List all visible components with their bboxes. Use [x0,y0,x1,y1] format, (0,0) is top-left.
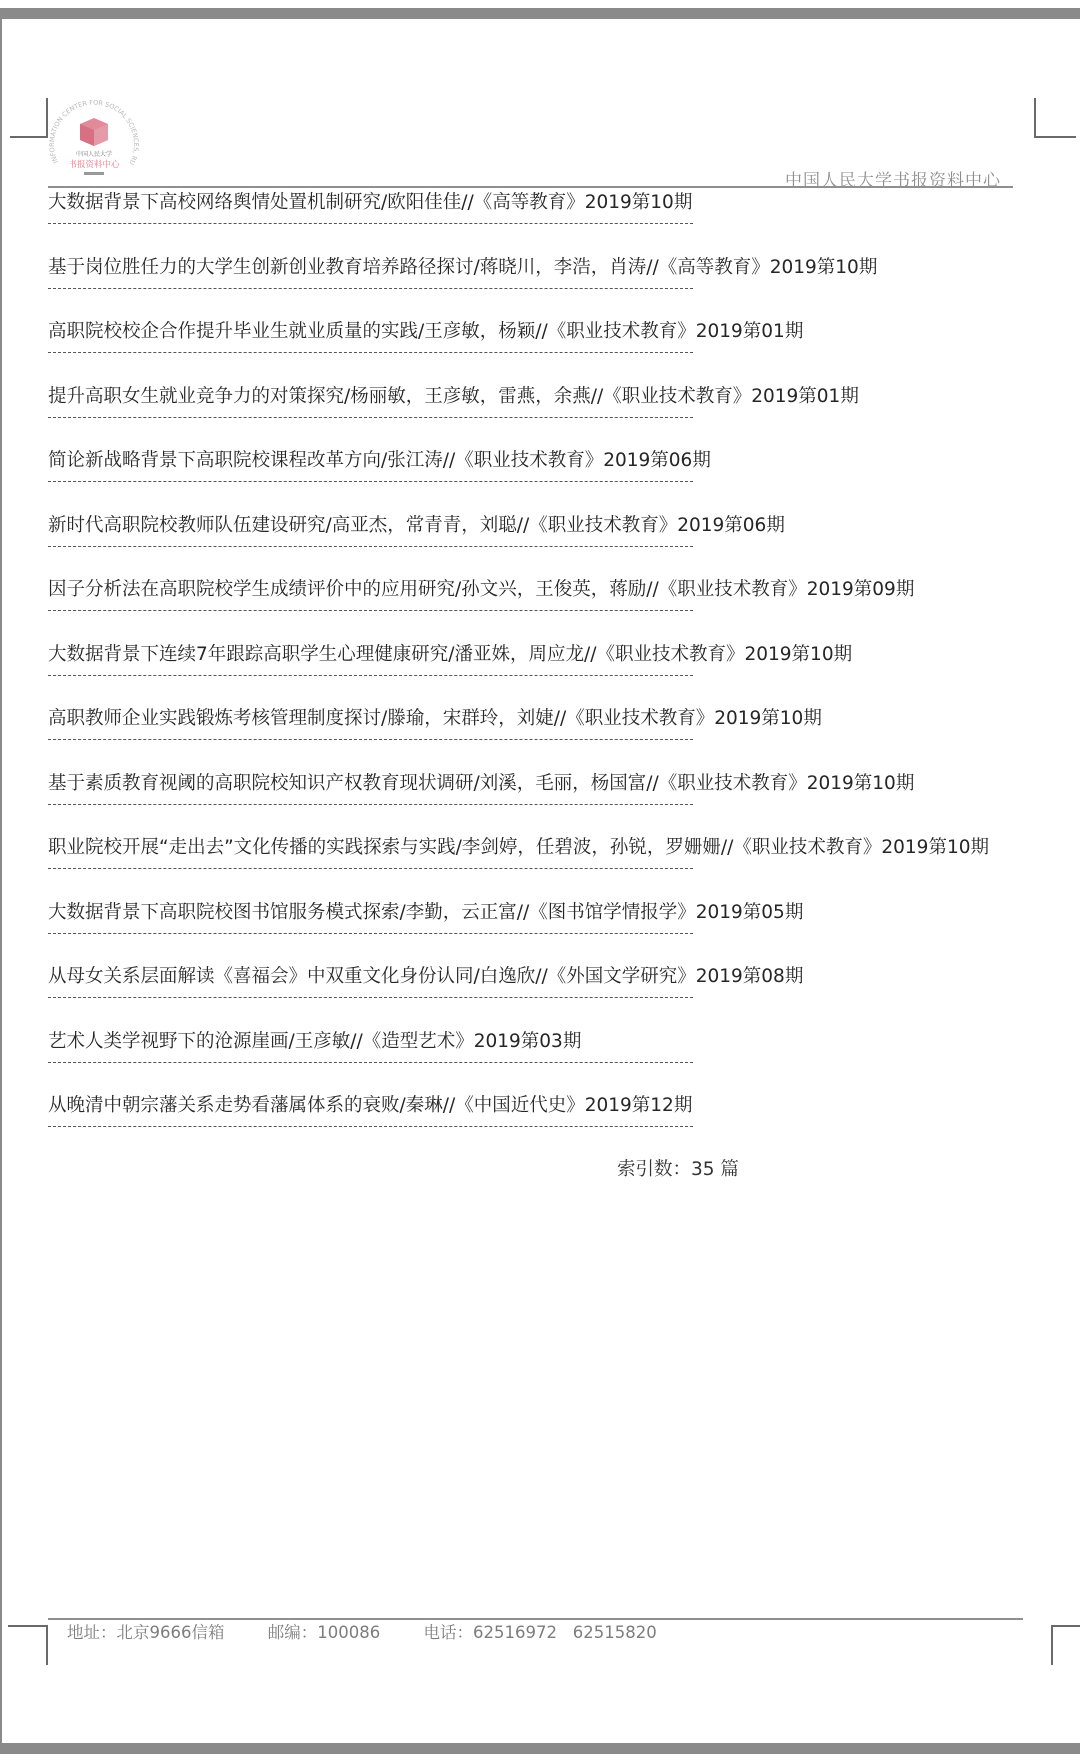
top-border-bar [0,8,1080,19]
entry-text: 大数据背景下连续7年跟踪高职学生心理健康研究/潘亚姝，周应龙//《职业技术教育》… [48,642,852,668]
dashed-separator [48,288,693,289]
index-count: 索引数：35 篇 [617,1155,739,1181]
dashed-separator [48,546,693,547]
list-item: 大数据背景下连续7年跟踪高职学生心理健康研究/潘亚姝，周应龙//《职业技术教育》… [48,642,1058,707]
list-item: 因子分析法在高职院校学生成绩评价中的应用研究/孙文兴，王俊英，蒋励//《职业技术… [48,577,1058,642]
entry-text: 职业院校开展“走出去”文化传播的实践探索与实践/李剑婷，任碧波，孙锐，罗姗姗//… [48,835,989,861]
logo-seal-icon: INFORMATION CENTER FOR SOCIAL SCIENCES, … [46,100,142,186]
entry-list: 大数据背景下高校网络舆情处置机制研究/欧阳佳佳//《高等教育》2019第10期 … [48,190,1058,1158]
entry-text: 高职教师企业实践锻炼考核管理制度探讨/滕瑜，宋群玲，刘婕//《职业技术教育》20… [48,706,822,732]
dashed-separator [48,352,693,353]
dashed-separator [48,868,693,869]
crop-mark-top-right [1034,98,1076,138]
dashed-separator [48,933,693,934]
list-item: 从晚清中朝宗藩关系走势看藩属体系的衰败/秦琳//《中国近代史》2019第12期 [48,1093,1058,1158]
left-edge-line [0,19,2,1743]
crop-mark-top-left [10,98,48,138]
svg-text:中国人民大学: 中国人民大学 [76,150,112,158]
dashed-separator [48,610,693,611]
dashed-separator [48,675,693,676]
footer-postcode: 邮编：100086 [268,1623,381,1642]
logo: INFORMATION CENTER FOR SOCIAL SCIENCES, … [46,100,142,186]
entry-text: 提升高职女生就业竞争力的对策探究/杨丽敏，王彦敏，雷燕，余燕//《职业技术教育》… [48,384,859,410]
list-item: 简论新战略背景下高职院校课程改革方向/张江涛//《职业技术教育》2019第06期 [48,448,1058,513]
list-item: 基于素质教育视阈的高职院校知识产权教育现状调研/刘溪，毛丽，杨国富//《职业技术… [48,771,1058,836]
dashed-separator [48,804,693,805]
footer-phone: 电话：62516972 62515820 [424,1623,657,1642]
entry-text: 从母女关系层面解读《喜福会》中双重文化身份认同/白逸欣//《外国文学研究》201… [48,964,803,990]
list-item: 职业院校开展“走出去”文化传播的实践探索与实践/李剑婷，任碧波，孙锐，罗姗姗//… [48,835,1058,900]
entry-text: 大数据背景下高校网络舆情处置机制研究/欧阳佳佳//《高等教育》2019第10期 [48,190,692,216]
bottom-border-bar [0,1743,1080,1754]
crop-mark-bottom-left [8,1625,48,1665]
dashed-separator [48,223,693,224]
dashed-separator [48,739,693,740]
header-rule [48,186,1013,188]
list-item: 艺术人类学视野下的沧源崖画/王彦敏//《造型艺术》2019第03期 [48,1029,1058,1094]
list-item: 高职教师企业实践锻炼考核管理制度探讨/滕瑜，宋群玲，刘婕//《职业技术教育》20… [48,706,1058,771]
entry-text: 新时代高职院校教师队伍建设研究/高亚杰，常青青，刘聪//《职业技术教育》2019… [48,513,785,539]
crop-mark-bottom-right [1051,1625,1080,1665]
dashed-separator [48,1126,693,1127]
entry-text: 基于素质教育视阈的高职院校知识产权教育现状调研/刘溪，毛丽，杨国富//《职业技术… [48,771,914,797]
list-item: 提升高职女生就业竞争力的对策探究/杨丽敏，王彦敏，雷燕，余燕//《职业技术教育》… [48,384,1058,449]
dashed-separator [48,997,693,998]
entry-text: 艺术人类学视野下的沧源崖画/王彦敏//《造型艺术》2019第03期 [48,1029,581,1055]
list-item: 新时代高职院校教师队伍建设研究/高亚杰，常青青，刘聪//《职业技术教育》2019… [48,513,1058,578]
dashed-separator [48,1062,693,1063]
list-item: 基于岗位胜任力的大学生创新创业教育培养路径探讨/蒋晓川，李浩，肖涛//《高等教育… [48,255,1058,320]
entry-text: 因子分析法在高职院校学生成绩评价中的应用研究/孙文兴，王俊英，蒋励//《职业技术… [48,577,914,603]
entry-text: 大数据背景下高职院校图书馆服务模式探索/李勤，云正富//《图书馆学情报学》201… [48,900,803,926]
entry-text: 从晚清中朝宗藩关系走势看藩属体系的衰败/秦琳//《中国近代史》2019第12期 [48,1093,692,1119]
list-item: 大数据背景下高职院校图书馆服务模式探索/李勤，云正富//《图书馆学情报学》201… [48,900,1058,965]
footer-contact: 地址：北京9666信箱 邮编：100086 电话：62516972 625158… [67,1619,695,1643]
footer-address: 地址：北京9666信箱 [67,1623,225,1642]
svg-text:书报资料中心: 书报资料中心 [68,159,120,170]
entry-text: 高职院校校企合作提升毕业生就业质量的实践/王彦敏，杨颖//《职业技术教育》201… [48,319,803,345]
list-item: 高职院校校企合作提升毕业生就业质量的实践/王彦敏，杨颖//《职业技术教育》201… [48,319,1058,384]
list-item: 大数据背景下高校网络舆情处置机制研究/欧阳佳佳//《高等教育》2019第10期 [48,190,1058,255]
entry-text: 简论新战略背景下高职院校课程改革方向/张江涛//《职业技术教育》2019第06期 [48,448,711,474]
entry-text: 基于岗位胜任力的大学生创新创业教育培养路径探讨/蒋晓川，李浩，肖涛//《高等教育… [48,255,877,281]
dashed-separator [48,481,693,482]
list-item: 从母女关系层面解读《喜福会》中双重文化身份认同/白逸欣//《外国文学研究》201… [48,964,1058,1029]
dashed-separator [48,417,693,418]
